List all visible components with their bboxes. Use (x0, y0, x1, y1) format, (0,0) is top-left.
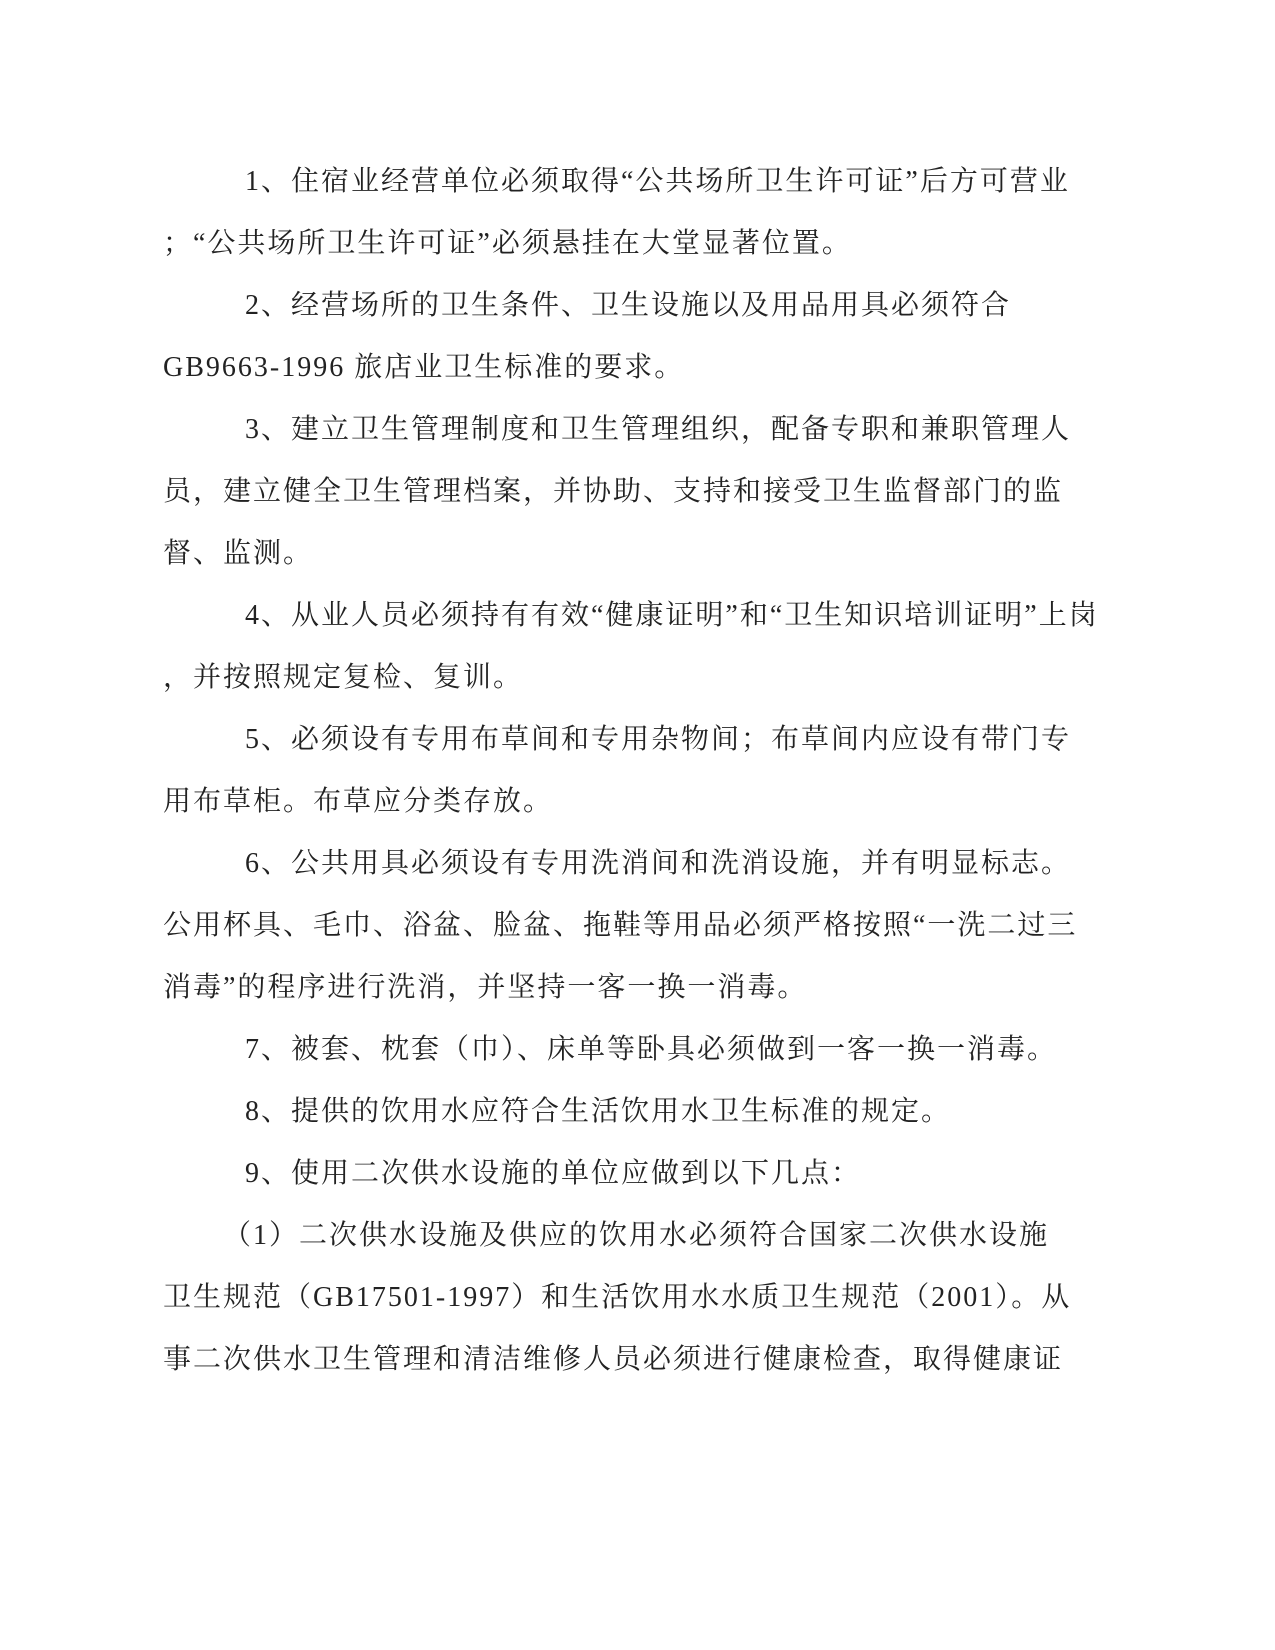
document-line: 4、从业人员必须持有有效“健康证明”和“卫生知识培训证明”上岗 (163, 585, 1083, 647)
document-line: ；“公共场所卫生许可证”必须悬挂在大堂显著位置。 (163, 213, 1083, 275)
document-line: 员，建立健全卫生管理档案，并协助、支持和接受卫生监督部门的监 (163, 461, 1083, 523)
document-line: 2、经营场所的卫生条件、卫生设施以及用品用具必须符合 (163, 275, 1083, 337)
document-line: （1）二次供水设施及供应的饮用水必须符合国家二次供水设施 (163, 1205, 1083, 1267)
document-line: 7、被套、枕套（巾）、床单等卧具必须做到一客一换一消毒。 (163, 1019, 1083, 1081)
document-line: 8、提供的饮用水应符合生活饮用水卫生标准的规定。 (163, 1081, 1083, 1143)
document-line: 公用杯具、毛巾、浴盆、脸盆、拖鞋等用品必须严格按照“一洗二过三 (163, 895, 1083, 957)
document-line: 1、住宿业经营单位必须取得“公共场所卫生许可证”后方可营业 (163, 151, 1083, 213)
document-line: 5、必须设有专用布草间和专用杂物间；布草间内应设有带门专 (163, 709, 1083, 771)
document-line: 卫生规范（GB17501-1997）和生活饮用水水质卫生规范（2001）。从 (163, 1267, 1083, 1329)
document-line: 事二次供水卫生管理和清洁维修人员必须进行健康检查，取得健康证 (163, 1329, 1083, 1391)
document-line: 督、监测。 (163, 523, 1083, 585)
document-line: 消毒”的程序进行洗消，并坚持一客一换一消毒。 (163, 957, 1083, 1019)
document-line: 用布草柜。布草应分类存放。 (163, 771, 1083, 833)
document-line: 3、建立卫生管理制度和卫生管理组织，配备专职和兼职管理人 (163, 399, 1083, 461)
document-line: ，并按照规定复检、复训。 (163, 647, 1083, 709)
document-page: 1、住宿业经营单位必须取得“公共场所卫生许可证”后方可营业；“公共场所卫生许可证… (0, 0, 1275, 1650)
document-body: 1、住宿业经营单位必须取得“公共场所卫生许可证”后方可营业；“公共场所卫生许可证… (163, 151, 1083, 1391)
document-line: GB9663-1996 旅店业卫生标准的要求。 (163, 337, 1083, 399)
document-line: 9、使用二次供水设施的单位应做到以下几点： (163, 1143, 1083, 1205)
document-line: 6、公共用具必须设有专用洗消间和洗消设施，并有明显标志。 (163, 833, 1083, 895)
